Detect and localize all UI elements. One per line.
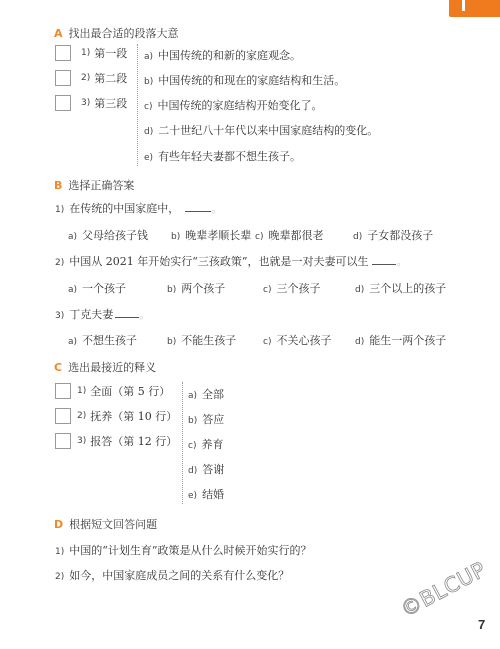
chapter-tab — [449, 0, 500, 17]
section-a-letter: A — [54, 27, 63, 40]
choice-text: 不想生孩子 — [82, 332, 137, 348]
section-b-heading: B 选择正确答案 — [54, 177, 134, 193]
section-b-question-3: 3) 丁克夫妻 。 — [55, 306, 150, 322]
question-end: 。 — [396, 253, 407, 269]
question-text: 丁克夫妻 — [69, 306, 113, 322]
section-b-q1-choice-c: c) 晚辈都很老 — [255, 227, 323, 243]
section-b-q2-choice-b: b) 两个孩子 — [167, 280, 225, 296]
section-d-letter: D — [54, 518, 63, 531]
section-c-option-c: c) 养育 — [188, 436, 223, 452]
item-label: 抚养（第 10 行） — [90, 408, 177, 424]
section-c-item-3: 3) 报答（第 12 行） — [55, 433, 177, 449]
choice-key: c) — [263, 285, 271, 295]
answer-box[interactable] — [55, 433, 71, 449]
choice-text: 晚辈孝顺长辈 — [185, 227, 251, 243]
divider-line — [137, 44, 138, 166]
item-label: 全面（第 5 行） — [90, 383, 170, 399]
section-c-option-d: d) 答谢 — [188, 461, 224, 477]
section-a-item-3: 3) 第三段 — [55, 95, 127, 111]
choice-text: 三个孩子 — [276, 280, 320, 296]
choice-text: 不能生孩子 — [181, 332, 236, 348]
item-number: 2) — [81, 73, 90, 83]
question-text: 在传统的中国家庭中， — [69, 200, 179, 216]
section-d-title: 根据短文回答问题 — [69, 516, 157, 532]
item-number: 1) — [77, 386, 86, 396]
section-d-question-1: 1) 中国的“计划生育”政策是从什么时候开始实行的？ — [55, 542, 312, 558]
section-b-q1-choice-a: a) 父母给孩子钱 — [68, 227, 148, 243]
answer-blank[interactable] — [372, 254, 396, 265]
section-b-q2-choice-d: d) 三个以上的孩子 — [355, 280, 446, 296]
option-key: a) — [144, 52, 153, 62]
page-number: 7 — [478, 617, 485, 632]
item-number: 3) — [81, 98, 90, 108]
tab-marker — [462, 0, 465, 11]
section-b-question-2: 2) 中国从 2021 年开始实行“三孩政策”，也就是一对夫妻可以生 。 — [55, 253, 407, 269]
choice-key: a) — [68, 232, 77, 242]
question-end: 。 — [139, 306, 150, 322]
item-label: 第三段 — [94, 95, 127, 111]
section-c-item-2: 2) 抚养（第 10 行） — [55, 408, 177, 424]
option-text: 养育 — [201, 436, 223, 452]
section-d-heading: D 根据短文回答问题 — [54, 516, 157, 532]
section-b-question-1: 1) 在传统的中国家庭中， 。 — [55, 200, 222, 216]
question-number: 2) — [55, 572, 64, 582]
question-number: 1) — [55, 547, 64, 557]
option-text: 结婚 — [202, 486, 224, 502]
question-end: 。 — [211, 200, 222, 216]
item-label: 第二段 — [94, 70, 127, 86]
question-number: 2) — [55, 258, 64, 268]
choice-text: 两个孩子 — [181, 280, 225, 296]
option-text: 中国传统的和新的家庭观念。 — [158, 47, 301, 63]
question-number: 3) — [55, 311, 64, 321]
section-a-item-2: 2) 第二段 — [55, 70, 127, 86]
choice-key: b) — [171, 232, 180, 242]
choice-text: 能生一两个孩子 — [369, 332, 446, 348]
item-number: 3) — [77, 436, 86, 446]
answer-box[interactable] — [55, 70, 71, 86]
option-key: d) — [188, 466, 197, 476]
section-a-heading: A 找出最合适的段落大意 — [54, 25, 179, 41]
choice-text: 三个以上的孩子 — [369, 280, 446, 296]
section-b-q1-choice-b: b) 晚辈孝顺长辈 — [171, 227, 251, 243]
section-b-title: 选择正确答案 — [68, 177, 134, 193]
item-label: 第一段 — [94, 45, 127, 61]
section-a-option-b: b) 中国传统的和现在的家庭结构和生活。 — [144, 72, 345, 88]
choice-text: 一个孩子 — [82, 280, 126, 296]
option-text: 有些年轻夫妻都不想生孩子。 — [158, 148, 301, 164]
section-b-q3-choice-c: c) 不关心孩子 — [263, 332, 331, 348]
choice-key: a) — [68, 337, 77, 347]
choice-text: 父母给孩子钱 — [82, 227, 148, 243]
option-key: d) — [144, 127, 153, 137]
option-key: c) — [188, 441, 196, 451]
section-c-option-b: b) 答应 — [188, 411, 224, 427]
option-key: e) — [188, 491, 197, 501]
choice-key: d) — [355, 337, 364, 347]
option-key: c) — [144, 102, 152, 112]
question-number: 1) — [55, 205, 64, 215]
answer-box[interactable] — [55, 45, 71, 61]
choice-text: 晚辈都很老 — [268, 227, 323, 243]
choice-text: 子女都没孩子 — [367, 227, 433, 243]
option-key: b) — [144, 77, 153, 87]
item-number: 1) — [81, 48, 90, 58]
section-a-option-e: e) 有些年轻夫妻都不想生孩子。 — [144, 148, 301, 164]
section-b-q2-choice-c: c) 三个孩子 — [263, 280, 320, 296]
answer-box[interactable] — [55, 95, 71, 111]
section-c-title: 选出最接近的释义 — [68, 359, 156, 375]
option-text: 答应 — [202, 411, 224, 427]
section-b-q1-choice-d: d) 子女都没孩子 — [353, 227, 433, 243]
section-d-question-2: 2) 如今，中国家庭成员之间的关系有什么变化？ — [55, 567, 289, 583]
option-text: 全部 — [202, 386, 224, 402]
section-b-q2-choice-a: a) 一个孩子 — [68, 280, 126, 296]
section-b-q3-choice-b: b) 不能生孩子 — [167, 332, 236, 348]
item-number: 2) — [77, 411, 86, 421]
option-key: b) — [188, 416, 197, 426]
choice-key: d) — [355, 285, 364, 295]
question-text: 中国从 2021 年开始实行“三孩政策”，也就是一对夫妻可以生 — [69, 253, 368, 269]
choice-key: a) — [68, 285, 77, 295]
option-key: a) — [188, 391, 197, 401]
option-text: 中国传统的家庭结构开始变化了。 — [157, 97, 322, 113]
section-a-item-1: 1) 第一段 — [55, 45, 127, 61]
option-text: 中国传统的和现在的家庭结构和生活。 — [158, 72, 345, 88]
copyright-watermark: ©BLCUP — [397, 557, 490, 622]
section-b-letter: B — [54, 179, 62, 192]
section-a-option-d: d) 二十世纪八十年代以来中国家庭结构的变化。 — [144, 122, 378, 138]
item-label: 报答（第 12 行） — [90, 433, 177, 449]
choice-key: c) — [263, 337, 271, 347]
section-c-option-e: e) 结婚 — [188, 486, 224, 502]
option-text: 答谢 — [202, 461, 224, 477]
answer-blank[interactable] — [115, 307, 139, 318]
choice-key: b) — [167, 285, 176, 295]
option-text: 二十世纪八十年代以来中国家庭结构的变化。 — [158, 122, 378, 138]
choice-key: b) — [167, 337, 176, 347]
section-c-heading: C 选出最接近的释义 — [54, 359, 156, 375]
choice-key: d) — [353, 232, 362, 242]
section-c-letter: C — [54, 361, 62, 374]
option-key: e) — [144, 153, 153, 163]
section-c-item-1: 1) 全面（第 5 行） — [55, 383, 170, 399]
section-b-q3-choice-a: a) 不想生孩子 — [68, 332, 137, 348]
choice-text: 不关心孩子 — [276, 332, 331, 348]
answer-blank[interactable] — [185, 201, 211, 212]
section-c-option-a: a) 全部 — [188, 386, 224, 402]
section-a-option-a: a) 中国传统的和新的家庭观念。 — [144, 47, 301, 63]
answer-box[interactable] — [55, 408, 71, 424]
section-a-option-c: c) 中国传统的家庭结构开始变化了。 — [144, 97, 322, 113]
question-text: 如今，中国家庭成员之间的关系有什么变化？ — [69, 567, 289, 583]
section-a-title: 找出最合适的段落大意 — [69, 25, 179, 41]
answer-box[interactable] — [55, 383, 71, 399]
question-text: 中国的“计划生育”政策是从什么时候开始实行的？ — [69, 542, 311, 558]
choice-key: c) — [255, 232, 263, 242]
section-b-q3-choice-d: d) 能生一两个孩子 — [355, 332, 446, 348]
divider-line — [182, 382, 183, 504]
